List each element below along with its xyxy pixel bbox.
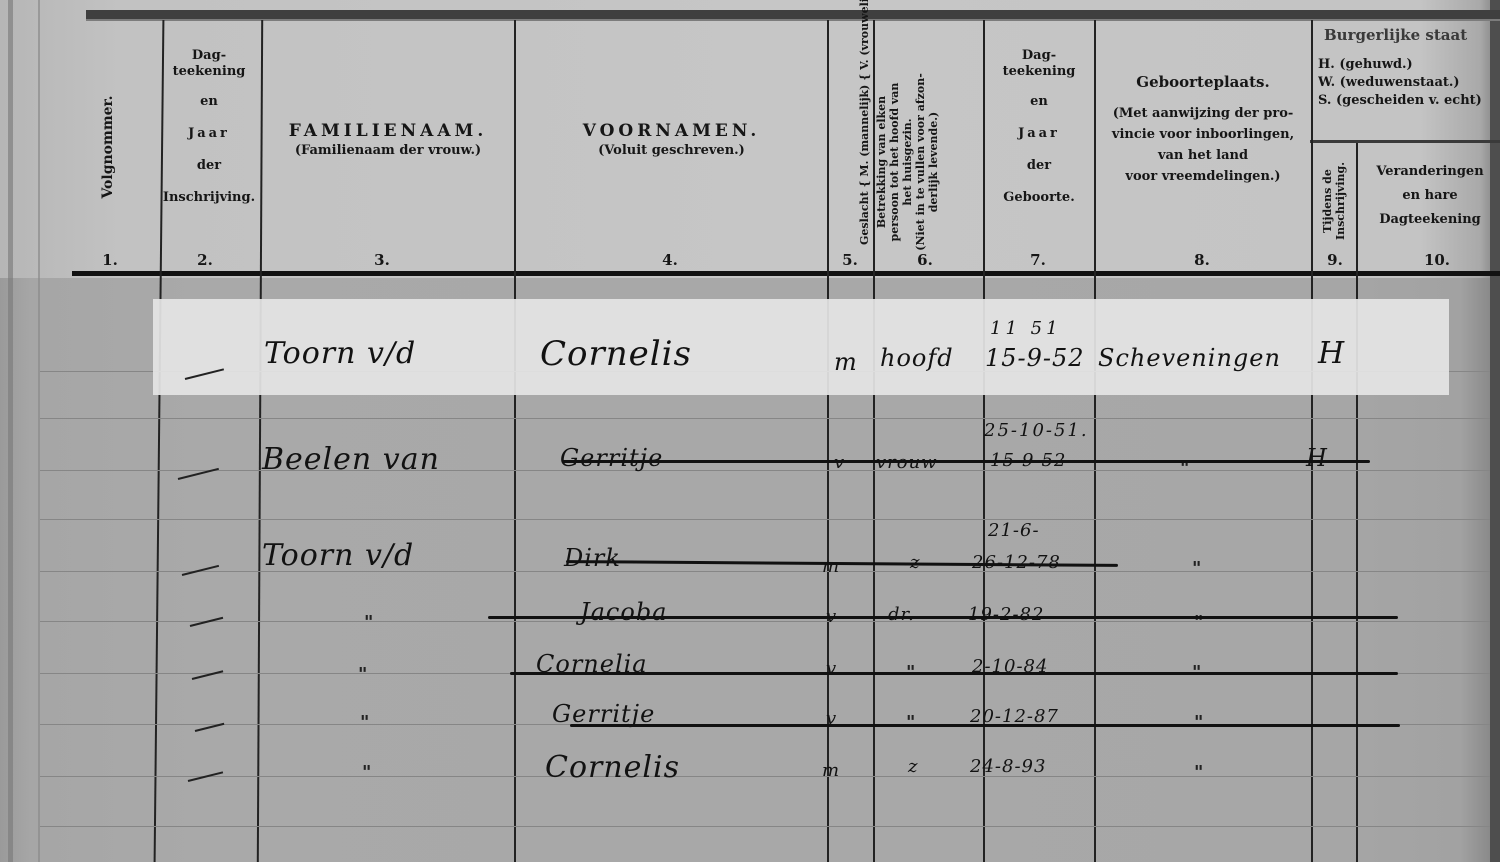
row-3-familienaam: Toorn v/d [262,538,414,573]
row-3-voornamen: Dirk [564,544,621,572]
column-number-3: 3. [362,251,402,269]
row-2-geboorte-correction: 25-10-51. [984,420,1089,441]
column-divider-9 [1356,143,1358,862]
row-1-voornamen: Cornelis [540,334,692,374]
column-number-6: 6. [905,251,945,269]
header-title: FAMILIENAAM. [262,120,514,142]
ruled-line [40,826,1490,827]
row-6-strikethrough [570,724,1400,727]
row-4-familienaam: " [364,612,373,633]
row-2-burgerlijke-staat: H [1306,444,1328,472]
page-edge-left-inner [38,0,40,862]
row-2-strikethrough [562,460,1370,463]
row-3-geboorteplaats: " [1192,558,1201,579]
header-line: en [985,86,1093,118]
header-dagteekening-inschrijving: Dag- teekening en Jaar der Inschrijving. [160,40,258,214]
header-line: Betrekking van elken [875,57,888,267]
ruled-line [40,571,1490,572]
header-line: H. (gehuwd.) [1318,56,1500,74]
header-tijdens-inschrijving: Tijdens de Inschrijving. [1321,151,1347,251]
column-number-8: 8. [1182,251,1222,269]
row-4-voornamen: Jacoba [580,598,668,626]
row-7-geslacht: m [822,760,840,781]
register-page: Volgnommer. Dag- teekening en Jaar der I… [0,0,1500,862]
header-line: Geboorte. [985,182,1093,214]
column-divider-8 [1311,20,1313,862]
header-voornamen: VOORNAMEN. (Voluit geschreven.) [516,120,827,159]
header-line: Jaar [160,118,258,150]
header-line: vincie voor inboorlingen, [1096,124,1310,145]
header-line: Jaar [985,118,1093,150]
page-edge-right [1490,0,1500,862]
row-2-familienaam: Beelen van [262,442,440,477]
header-geboorteplaats: Geboorteplaats. (Met aanwijzing der pro-… [1096,72,1310,187]
header-bottom-rule [72,271,1500,276]
header-line: W. (weduwenstaat.) [1318,74,1500,92]
row-4-geboorte: 19-2-82 [968,604,1044,625]
header-line: (Met aanwijzing der pro- [1096,103,1310,124]
header-veranderingen: Veranderingen en hare Dagteekening [1360,160,1500,232]
row-3-geslacht: m [822,556,840,577]
header-line: S. (gescheiden v. echt) [1318,92,1500,110]
ruled-line [40,418,1490,419]
header-line: van het land [1096,145,1310,166]
row-7-voornamen: Cornelis [545,750,680,785]
row-tick-5 [192,670,224,680]
ruled-line [40,470,1490,471]
header-volgnommer: Volgnommer. [101,87,115,207]
column-number-7: 7. [1018,251,1058,269]
header-subtitle: (Voluit geschreven.) [516,142,827,159]
header-dagteekening-geboorte: Dag- teekening en Jaar der Geboorte. [985,40,1093,214]
row-1-geboorte-correction: 11 51 [990,318,1062,339]
row-5-geslacht: v [826,658,837,679]
header-line: der [160,150,258,182]
header-line: het huisgezin. [901,57,914,267]
header-line: Inschrijving. [1334,151,1347,251]
row-1-geboorteplaats: Scheveningen [1098,344,1281,372]
page-edge-left [8,0,13,862]
column-number-4: 4. [650,251,690,269]
row-1-burgerlijke-staat: H [1318,336,1345,371]
header-line: Dagteekening [1360,208,1500,232]
top-rule [86,10,1500,21]
row-1-geboorte: 15-9-52 [985,344,1085,372]
header-line: Tijdens de [1321,151,1334,251]
column-divider-4 [827,20,829,862]
row-6-betrekking: " [906,712,915,733]
header-line: (Niet in te vullen voor afzon- [914,57,927,267]
header-options: { M. (mannelijk) { V. (vrouwelijk) [858,0,871,187]
header-line: en [160,86,258,118]
header-betrekking: Betrekking van elken persoon tot het hoo… [875,57,975,267]
header-subtitle: (Familienaam der vrouw.) [262,142,514,159]
header-geslacht: Geslacht { M. (mannelijk) { V. (vrouweli… [858,25,872,245]
row-4-betrekking: dr. [888,604,915,625]
header-title: Geslacht [858,191,871,245]
row-5-strikethrough [510,672,1398,675]
row-2-voornamen: Gerritje [560,444,663,472]
ruled-line [40,621,1490,622]
burgerlijke-staat-divider [1310,140,1500,143]
row-5-familienaam: " [358,664,367,685]
row-7-betrekking: z [908,756,918,777]
header-line: persoon tot het hoofd van [888,57,901,267]
header-title: VOORNAMEN. [516,120,827,142]
row-1-geslacht: m [834,348,858,376]
header-line: Inschrijving. [160,182,258,214]
row-1-betrekking: hoofd [880,344,954,372]
column-number-5: 5. [830,251,870,269]
column-number-1: 1. [90,251,130,269]
header-line: der [985,150,1093,182]
header-line: voor vreemdelingen.) [1096,166,1310,187]
header-familienaam: FAMILIENAAM. (Familienaam der vrouw.) [262,120,514,159]
header-line: en hare [1360,184,1500,208]
row-4-strikethrough [488,616,1398,619]
header-line: derlijk levende.) [927,57,940,267]
header-title: Burgerlijke staat [1324,26,1500,44]
header-line: teekening [985,56,1093,88]
row-6-geboorteplaats: " [1194,712,1203,733]
ruled-line [40,519,1490,520]
column-number-2: 2. [185,251,225,269]
header-title: Geboorteplaats. [1096,72,1310,93]
header-line: teekening [160,56,258,88]
column-number-9: 9. [1315,251,1355,269]
column-number-10: 10. [1412,251,1462,269]
header-line: Veranderingen [1360,160,1500,184]
row-1-familienaam: Toorn v/d [264,336,416,371]
row-7-geboorteplaats: " [1194,762,1203,783]
row-6-familienaam: " [360,712,369,733]
row-3-geboorte-correction: 21-6- [988,520,1040,541]
row-7-geboorte: 24-8-93 [970,756,1046,777]
row-7-familienaam: " [362,762,371,783]
ruled-line [40,776,1490,777]
header-burgerlijke-staat: Burgerlijke staat H. (gehuwd.) W. (weduw… [1318,26,1500,110]
